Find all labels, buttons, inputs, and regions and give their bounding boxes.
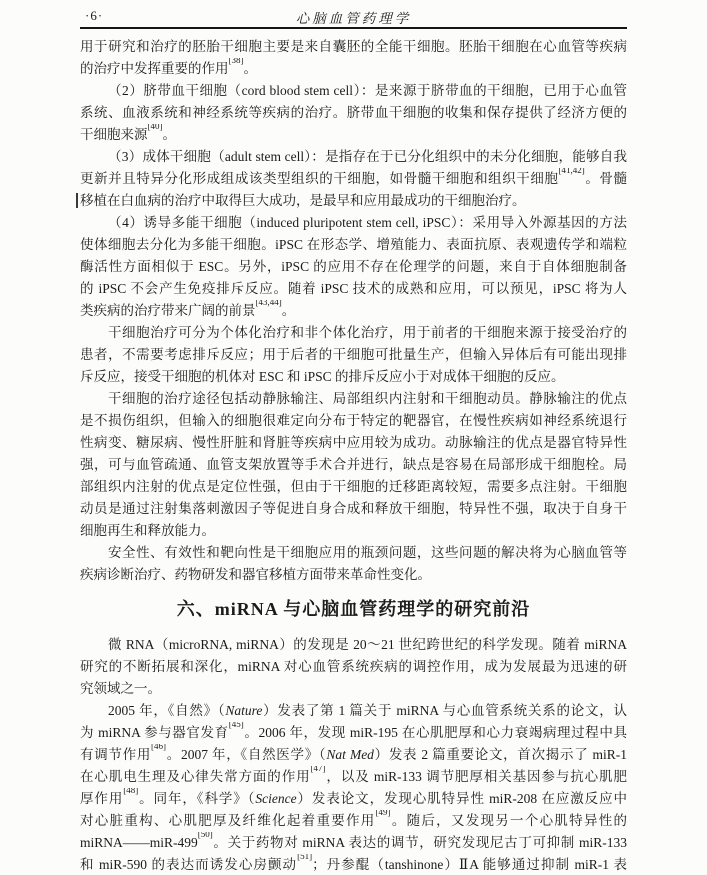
- text-line: 系统、血液系统和神经系统等疾病的治疗。脐带血干细胞的收集和保存提供了经济方便的: [80, 102, 627, 124]
- text-line: 细胞再生和释放能力。: [80, 520, 627, 542]
- page-content: ·6· 心脑血管药理学 用于研究和治疗的胚胎干细胞主要是来自囊胚的全能干细胞。胚…: [80, 7, 627, 875]
- document-page: ·6· 心脑血管药理学 用于研究和治疗的胚胎干细胞主要是来自囊胚的全能干细胞。胚…: [0, 0, 707, 875]
- reference-superscript: [40]: [148, 124, 163, 131]
- text-line: 和 miR-590 的表达而诱发心房颤动[51]；丹参醌（tanshinone）…: [80, 854, 627, 875]
- text-line: 有调节作用[46]。2007 年，《自然医学》（Nat Med）发表 2 篇重要…: [80, 744, 627, 766]
- text-line: 强，可与血管疏通、血管支架放置等手术合并进行，缺点是容易在局部形成干细胞栓。局: [80, 454, 627, 476]
- text-line: 的治疗中发挥重要的作用[38]。: [80, 58, 627, 80]
- text-line: 移植在白血病的治疗中取得巨大成功，是最早和应用最成功的干细胞治疗。: [80, 190, 627, 212]
- reference-superscript: [38]: [229, 58, 244, 65]
- text-line: 的 iPSC 不会产生免疫排斥反应。随着 iPSC 技术的成熟和应用，可以预见，…: [80, 278, 627, 300]
- page-header: ·6· 心脑血管药理学: [80, 7, 627, 24]
- text-line: （3）成体干细胞（adult stem cell）：是指存在于已分化组织中的未分…: [80, 146, 627, 168]
- text-line: 安全性、有效性和靶向性是干细胞应用的瓶颈问题，这些问题的解决将为心脑血管等: [80, 542, 627, 564]
- text-line: 干细胞的治疗途径包括动静脉输注、局部组织内注射和干细胞动员。静脉输注的优点: [80, 388, 627, 410]
- text-line: 对心脏重构、心肌肥厚及纤维化起着重要作用[49]。随后，又发现另一个心肌特异性的: [80, 810, 627, 832]
- body-text-lower: 微 RNA（microRNA, miRNA）的发现是 20～21 世纪跨世纪的科…: [80, 634, 627, 875]
- journal-name: Science: [255, 791, 296, 806]
- text-line: 更新并且特异分化形成组成该类型组织的干细胞，如骨髓干细胞和组织干细胞[41,42…: [80, 168, 627, 190]
- text-line: 微 RNA（microRNA, miRNA）的发现是 20～21 世纪跨世纪的科…: [80, 634, 627, 656]
- reference-superscript: [46]: [151, 744, 166, 751]
- text-line: 斥反应，接受干细胞的机体对 ESC 和 iPSC 的排斥反应小于对成体干细胞的反…: [80, 366, 627, 388]
- text-line: 在心肌电生理及心律失常方面的作用[47]，以及 miR-133 调节肥厚相关基因…: [80, 766, 627, 788]
- text-line: 性病变、糖尿病、慢性肝脏和肾脏等疾病中应用较为成功。动脉输注的优点是器官特异性: [80, 432, 627, 454]
- text-line: 研究的不断拓展和深化，miRNA 对心血管系统疾病的调控作用，成为发展最为迅速的…: [80, 656, 627, 678]
- reference-superscript: [45]: [229, 722, 244, 729]
- text-line: 干细胞来源[40]。: [80, 124, 627, 146]
- text-line: 部组织内注射的优点是定位性强，但由于干细胞的迁移距离较短，需要多点注射。干细胞: [80, 476, 627, 498]
- text-line: 2005 年，《自然》（Nature）发表了第 1 篇关于 miRNA 与心血管…: [80, 700, 627, 722]
- text-line: 酶活性方面相似于 ESC。另外，iPSC 的应用不存在伦理学的问题，来自于自体细…: [80, 256, 627, 278]
- text-line: 用于研究和治疗的胚胎干细胞主要是来自囊胚的全能干细胞。胚胎干细胞在心血管等疾病: [80, 36, 627, 58]
- header-rule: [80, 27, 627, 29]
- reference-superscript: [51]: [297, 854, 312, 861]
- reference-superscript: [50]: [198, 832, 213, 839]
- text-line: miRNA——miR-499[50]。关于药物对 miRNA 表达的调节，研究发…: [80, 832, 627, 854]
- text-line: 使体细胞去分化为多能干细胞。iPSC 在形态学、增殖能力、表面抗原、表观遗传学和…: [80, 234, 627, 256]
- scan-artifact-mark: [76, 193, 78, 208]
- section-heading: 六、miRNA 与心脑血管药理学的研究前沿: [80, 596, 627, 622]
- text-line: （4）诱导多能干细胞（induced pluripotent stem cell…: [80, 212, 627, 234]
- text-line: 是不损伤组织，但输入的细胞很难定向分布于特定的靶器官，在慢性疾病如神经系统退行: [80, 410, 627, 432]
- journal-name: Nat Med: [326, 747, 374, 762]
- reference-superscript: [47]: [311, 766, 326, 773]
- running-title: 心脑血管药理学: [80, 7, 627, 27]
- reference-superscript: [43,44]: [256, 300, 282, 307]
- text-line: 厚作用[48]。同年，《科学》（Science）发表论文，发现心肌特异性 miR…: [80, 788, 627, 810]
- body-text-upper: 用于研究和治疗的胚胎干细胞主要是来自囊胚的全能干细胞。胚胎干细胞在心血管等疾病的…: [80, 36, 627, 586]
- text-line: 干细胞治疗可分为个体化治疗和非个体化治疗，用于前者的干细胞来源于接受治疗的: [80, 322, 627, 344]
- text-line: 究领域之一。: [80, 678, 627, 700]
- reference-superscript: [41,42]: [559, 168, 585, 175]
- text-line: 疾病诊断治疗、药物研发和器官移植方面带来革命性变化。: [80, 564, 627, 586]
- text-line: 患者，不需要考虑排斥反应；用于后者的干细胞可批量生产，但输入异体后有可能出现排: [80, 344, 627, 366]
- journal-name: Nature: [225, 703, 262, 718]
- reference-superscript: [48]: [123, 788, 138, 795]
- page-body: 用于研究和治疗的胚胎干细胞主要是来自囊胚的全能干细胞。胚胎干细胞在心血管等疾病的…: [80, 36, 627, 875]
- reference-superscript: [49]: [376, 810, 391, 817]
- text-line: 为 miRNA 参与器官发育[45]。2006 年，发现 miR-195 在心肌…: [80, 722, 627, 744]
- text-line: 动员是通过注射集落刺激因子等促进自身合成和释放干细胞，特异性不强，取决于自身干: [80, 498, 627, 520]
- text-line: 类疾病的治疗带来广阔的前景[43,44]。: [80, 300, 627, 322]
- text-line: （2）脐带血干细胞（cord blood stem cell）：是来源于脐带血的…: [80, 80, 627, 102]
